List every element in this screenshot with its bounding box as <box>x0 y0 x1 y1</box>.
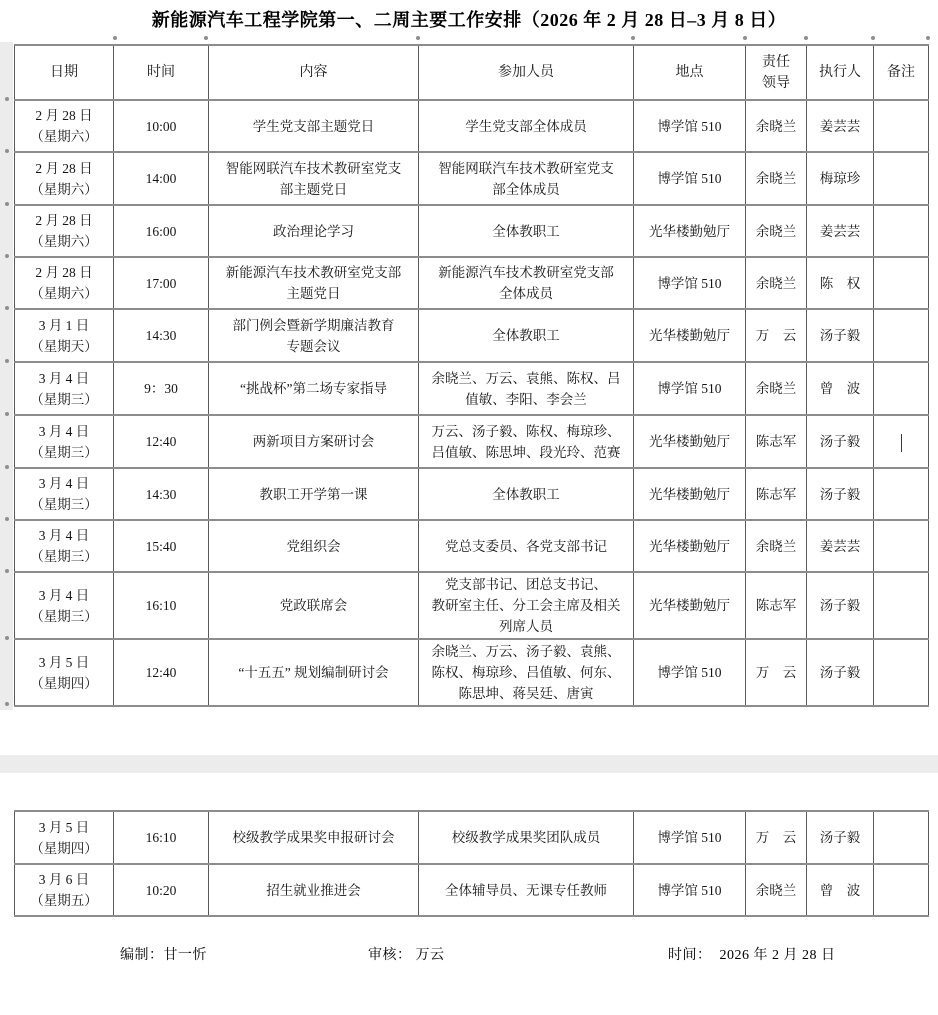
cell-executor[interactable]: 姜芸芸 <box>807 100 874 152</box>
table-row: 3 月 4 日 （星期三） 12:40 两新项目方案研讨会 万云、汤子毅、陈权、… <box>15 415 929 468</box>
cell-remark[interactable] <box>874 415 929 468</box>
header-date[interactable]: 日期 <box>15 45 114 100</box>
cell-time[interactable]: 10:00 <box>114 100 209 152</box>
cell-time[interactable]: 14:30 <box>114 309 209 362</box>
cell-content[interactable]: 部门例会暨新学期廉洁教育 专题会议 <box>209 309 419 362</box>
cell-time[interactable]: 17:00 <box>114 257 209 309</box>
cell-date[interactable]: 3 月 4 日 （星期三） <box>15 520 114 572</box>
cell-time[interactable]: 16:00 <box>114 205 209 257</box>
table-row: 2 月 28 日 （星期六） 10:00 学生党支部主题党日 学生党支部全体成员… <box>15 100 929 152</box>
cell-leader[interactable]: 余晓兰 <box>746 362 807 415</box>
cell-date[interactable]: 2 月 28 日 （星期六） <box>15 152 114 205</box>
footer-prepared-by[interactable]: 编制：甘一忻 <box>120 944 207 964</box>
cell-leader[interactable]: 余晓兰 <box>746 100 807 152</box>
cell-participants[interactable]: 全体教职工 <box>419 468 634 520</box>
cell-content[interactable]: 校级教学成果奖申报研讨会 <box>209 811 419 864</box>
cell-executor[interactable]: 汤子毅 <box>807 309 874 362</box>
cell-participants[interactable]: 余晓兰、万云、袁熊、陈权、吕 值敏、李阳、李会兰 <box>419 362 634 415</box>
cell-remark[interactable] <box>874 257 929 309</box>
cell-time[interactable]: 16:10 <box>114 811 209 864</box>
cell-time[interactable]: 15:40 <box>114 520 209 572</box>
grid-handle-dot <box>5 202 9 206</box>
grid-handle-dot <box>5 254 9 258</box>
cell-executor[interactable]: 梅琼珍 <box>807 152 874 205</box>
cell-leader[interactable]: 陈志军 <box>746 572 807 639</box>
grid-handle-dot <box>5 465 9 469</box>
cell-location[interactable]: 博学馆 510 <box>634 362 746 415</box>
cell-time[interactable]: 14:30 <box>114 468 209 520</box>
cell-participants[interactable]: 万云、汤子毅、陈权、梅琼珍、 吕值敏、陈思坤、段光玲、范赛 <box>419 415 634 468</box>
cell-remark[interactable] <box>874 811 929 864</box>
header-time[interactable]: 时间 <box>114 45 209 100</box>
cell-content[interactable]: 智能网联汽车技术教研室党支 部主题党日 <box>209 152 419 205</box>
page-title[interactable]: 新能源汽车工程学院第一、二周主要工作安排（2026 年 2 月 28 日–3 月… <box>0 6 938 32</box>
grid-handle-dot <box>5 636 9 640</box>
cell-location[interactable]: 博学馆 510 <box>634 100 746 152</box>
table-row: 2 月 28 日 （星期六） 17:00 新能源汽车技术教研室党支部 主题党日 … <box>15 257 929 309</box>
cell-location[interactable]: 光华楼勤勉厅 <box>634 415 746 468</box>
cell-date[interactable]: 3 月 4 日 （星期三） <box>15 362 114 415</box>
cell-participants[interactable]: 学生党支部全体成员 <box>419 100 634 152</box>
cell-time[interactable]: 12:40 <box>114 639 209 706</box>
cell-participants[interactable]: 全体教职工 <box>419 309 634 362</box>
cell-location[interactable]: 光华楼勤勉厅 <box>634 205 746 257</box>
cell-date[interactable]: 2 月 28 日 （星期六） <box>15 100 114 152</box>
cell-participants[interactable]: 全体教职工 <box>419 205 634 257</box>
table-row: 3 月 4 日 （星期三） 16:10 党政联席会 党支部书记、团总支书记、 教… <box>15 572 929 639</box>
header-participants[interactable]: 参加人员 <box>419 45 634 100</box>
cell-remark[interactable] <box>874 205 929 257</box>
cell-content[interactable]: 两新项目方案研讨会 <box>209 415 419 468</box>
cell-participants[interactable]: 新能源汽车技术教研室党支部 全体成员 <box>419 257 634 309</box>
grid-handle-dot <box>113 36 117 40</box>
cell-leader[interactable]: 余晓兰 <box>746 520 807 572</box>
table-row: 3 月 4 日 （星期三） 9：30 “挑战杯”第二场专家指导 余晓兰、万云、袁… <box>15 362 929 415</box>
cell-date[interactable]: 3 月 6 日 （星期五） <box>15 864 114 916</box>
table-row: 3 月 5 日 （星期四） 16:10 校级教学成果奖申报研讨会 校级教学成果奖… <box>15 811 929 864</box>
cell-participants[interactable]: 党总支委员、各党支部书记 <box>419 520 634 572</box>
grid-handle-dot <box>204 36 208 40</box>
cell-location[interactable]: 博学馆 510 <box>634 639 746 706</box>
cell-executor[interactable]: 曾 波 <box>807 864 874 916</box>
cell-location[interactable]: 博学馆 510 <box>634 257 746 309</box>
cell-leader[interactable]: 余晓兰 <box>746 205 807 257</box>
cell-time[interactable]: 12:40 <box>114 415 209 468</box>
text-cursor <box>901 434 902 452</box>
table-row: 3 月 4 日 （星期三） 14:30 教职工开学第一课 全体教职工 光华楼勤勉… <box>15 468 929 520</box>
grid-handle-dot <box>5 149 9 153</box>
header-location[interactable]: 地点 <box>634 45 746 100</box>
cell-participants[interactable]: 智能网联汽车技术教研室党支 部全体成员 <box>419 152 634 205</box>
cell-date[interactable]: 3 月 1 日 （星期天） <box>15 309 114 362</box>
grid-handle-dot <box>631 36 635 40</box>
header-content[interactable]: 内容 <box>209 45 419 100</box>
cell-time[interactable]: 16:10 <box>114 572 209 639</box>
header-executor[interactable]: 执行人 <box>807 45 874 100</box>
grid-handle-dot <box>416 36 420 40</box>
cell-remark[interactable] <box>874 362 929 415</box>
cell-location[interactable]: 博学馆 510 <box>634 811 746 864</box>
table-row: 3 月 1 日 （星期天） 14:30 部门例会暨新学期廉洁教育 专题会议 全体… <box>15 309 929 362</box>
cell-date[interactable]: 3 月 4 日 （星期三） <box>15 468 114 520</box>
cell-participants[interactable]: 余晓兰、万云、汤子毅、袁熊、 陈权、梅琼珍、吕值敏、何东、 陈思坤、蒋吴廷、唐寅 <box>419 639 634 706</box>
cell-content[interactable]: 招生就业推进会 <box>209 864 419 916</box>
schedule-table-page1: 日期 时间 内容 参加人员 地点 责任 领导 执行人 备注 2 月 28 日 （… <box>14 44 929 707</box>
cell-executor[interactable]: 汤子毅 <box>807 811 874 864</box>
cell-date[interactable]: 3 月 5 日 （星期四） <box>15 811 114 864</box>
grid-handle-dot <box>5 97 9 101</box>
cell-leader[interactable]: 陈志军 <box>746 468 807 520</box>
page-break-band <box>0 755 938 773</box>
cell-leader[interactable]: 余晓兰 <box>746 864 807 916</box>
grid-handle-dot <box>804 36 808 40</box>
cell-content[interactable]: 教职工开学第一课 <box>209 468 419 520</box>
cell-leader[interactable]: 余晓兰 <box>746 257 807 309</box>
cell-date[interactable]: 2 月 28 日 （星期六） <box>15 257 114 309</box>
table-row: 3 月 4 日 （星期三） 15:40 党组织会 党总支委员、各党支部书记 光华… <box>15 520 929 572</box>
cell-time[interactable]: 9：30 <box>114 362 209 415</box>
cell-location[interactable]: 光华楼勤勉厅 <box>634 309 746 362</box>
schedule-table-page2: 3 月 5 日 （星期四） 16:10 校级教学成果奖申报研讨会 校级教学成果奖… <box>14 810 929 917</box>
grid-handle-dot <box>5 702 9 706</box>
cell-content[interactable]: 新能源汽车技术教研室党支部 主题党日 <box>209 257 419 309</box>
cell-date[interactable]: 3 月 4 日 （星期三） <box>15 572 114 639</box>
cell-remark[interactable] <box>874 520 929 572</box>
left-gutter <box>0 42 13 710</box>
cell-participants[interactable]: 党支部书记、团总支书记、 教研室主任、分工会主席及相关 列席人员 <box>419 572 634 639</box>
cell-remark[interactable] <box>874 468 929 520</box>
cell-location[interactable]: 光华楼勤勉厅 <box>634 520 746 572</box>
grid-handle-dot <box>926 36 930 40</box>
header-row: 日期 时间 内容 参加人员 地点 责任 领导 执行人 备注 <box>15 45 929 100</box>
cell-remark[interactable] <box>874 864 929 916</box>
cell-content[interactable]: 党组织会 <box>209 520 419 572</box>
cell-executor[interactable]: 汤子毅 <box>807 468 874 520</box>
cell-executor[interactable]: 汤子毅 <box>807 572 874 639</box>
cell-executor[interactable]: 姜芸芸 <box>807 520 874 572</box>
cell-executor[interactable]: 汤子毅 <box>807 639 874 706</box>
table-row: 3 月 5 日 （星期四） 12:40 “十五五” 规划编制研讨会 余晓兰、万云… <box>15 639 929 706</box>
cell-executor[interactable]: 陈 权 <box>807 257 874 309</box>
cell-content[interactable]: 政治理论学习 <box>209 205 419 257</box>
cell-leader[interactable]: 万 云 <box>746 639 807 706</box>
cell-location[interactable]: 光华楼勤勉厅 <box>634 572 746 639</box>
cell-remark[interactable] <box>874 309 929 362</box>
cell-date[interactable]: 3 月 4 日 （星期三） <box>15 415 114 468</box>
cell-time[interactable]: 10:20 <box>114 864 209 916</box>
cell-remark[interactable] <box>874 152 929 205</box>
header-leader[interactable]: 责任 领导 <box>746 45 807 100</box>
cell-date[interactable]: 2 月 28 日 （星期六） <box>15 205 114 257</box>
cell-location[interactable]: 光华楼勤勉厅 <box>634 468 746 520</box>
cell-remark[interactable] <box>874 100 929 152</box>
grid-handle-dot <box>5 359 9 363</box>
cell-executor[interactable]: 汤子毅 <box>807 415 874 468</box>
cell-content[interactable]: 学生党支部主题党日 <box>209 100 419 152</box>
cell-content[interactable]: “十五五” 规划编制研讨会 <box>209 639 419 706</box>
cell-executor[interactable]: 曾 波 <box>807 362 874 415</box>
grid-handle-dot <box>5 569 9 573</box>
table-row: 3 月 6 日 （星期五） 10:20 招生就业推进会 全体辅导员、无课专任教师… <box>15 864 929 916</box>
grid-handle-dot <box>5 517 9 521</box>
cell-content[interactable]: 党政联席会 <box>209 572 419 639</box>
cell-leader[interactable]: 余晓兰 <box>746 152 807 205</box>
cell-leader[interactable]: 万 云 <box>746 811 807 864</box>
grid-handle-dot <box>871 36 875 40</box>
cell-date[interactable]: 3 月 5 日 （星期四） <box>15 639 114 706</box>
cell-leader[interactable]: 陈志军 <box>746 415 807 468</box>
cell-location[interactable]: 博学馆 510 <box>634 864 746 916</box>
header-remark[interactable]: 备注 <box>874 45 929 100</box>
cell-time[interactable]: 14:00 <box>114 152 209 205</box>
cell-participants[interactable]: 校级教学成果奖团队成员 <box>419 811 634 864</box>
footer-date[interactable]: 时间： 2026 年 2 月 28 日 <box>668 944 836 964</box>
cell-remark[interactable] <box>874 572 929 639</box>
cell-location[interactable]: 博学馆 510 <box>634 152 746 205</box>
footer-reviewed-by[interactable]: 审核： 万云 <box>368 944 445 964</box>
grid-handle-dot <box>5 306 9 310</box>
cell-executor[interactable]: 姜芸芸 <box>807 205 874 257</box>
cell-participants[interactable]: 全体辅导员、无课专任教师 <box>419 864 634 916</box>
grid-handle-dot <box>743 36 747 40</box>
cell-leader[interactable]: 万 云 <box>746 309 807 362</box>
table-row: 2 月 28 日 （星期六） 16:00 政治理论学习 全体教职工 光华楼勤勉厅… <box>15 205 929 257</box>
table-row: 2 月 28 日 （星期六） 14:00 智能网联汽车技术教研室党支 部主题党日… <box>15 152 929 205</box>
cell-content[interactable]: “挑战杯”第二场专家指导 <box>209 362 419 415</box>
cell-remark[interactable] <box>874 639 929 706</box>
grid-handle-dot <box>5 412 9 416</box>
footer: 编制：甘一忻 审核： 万云 时间： 2026 年 2 月 28 日 <box>0 944 938 966</box>
